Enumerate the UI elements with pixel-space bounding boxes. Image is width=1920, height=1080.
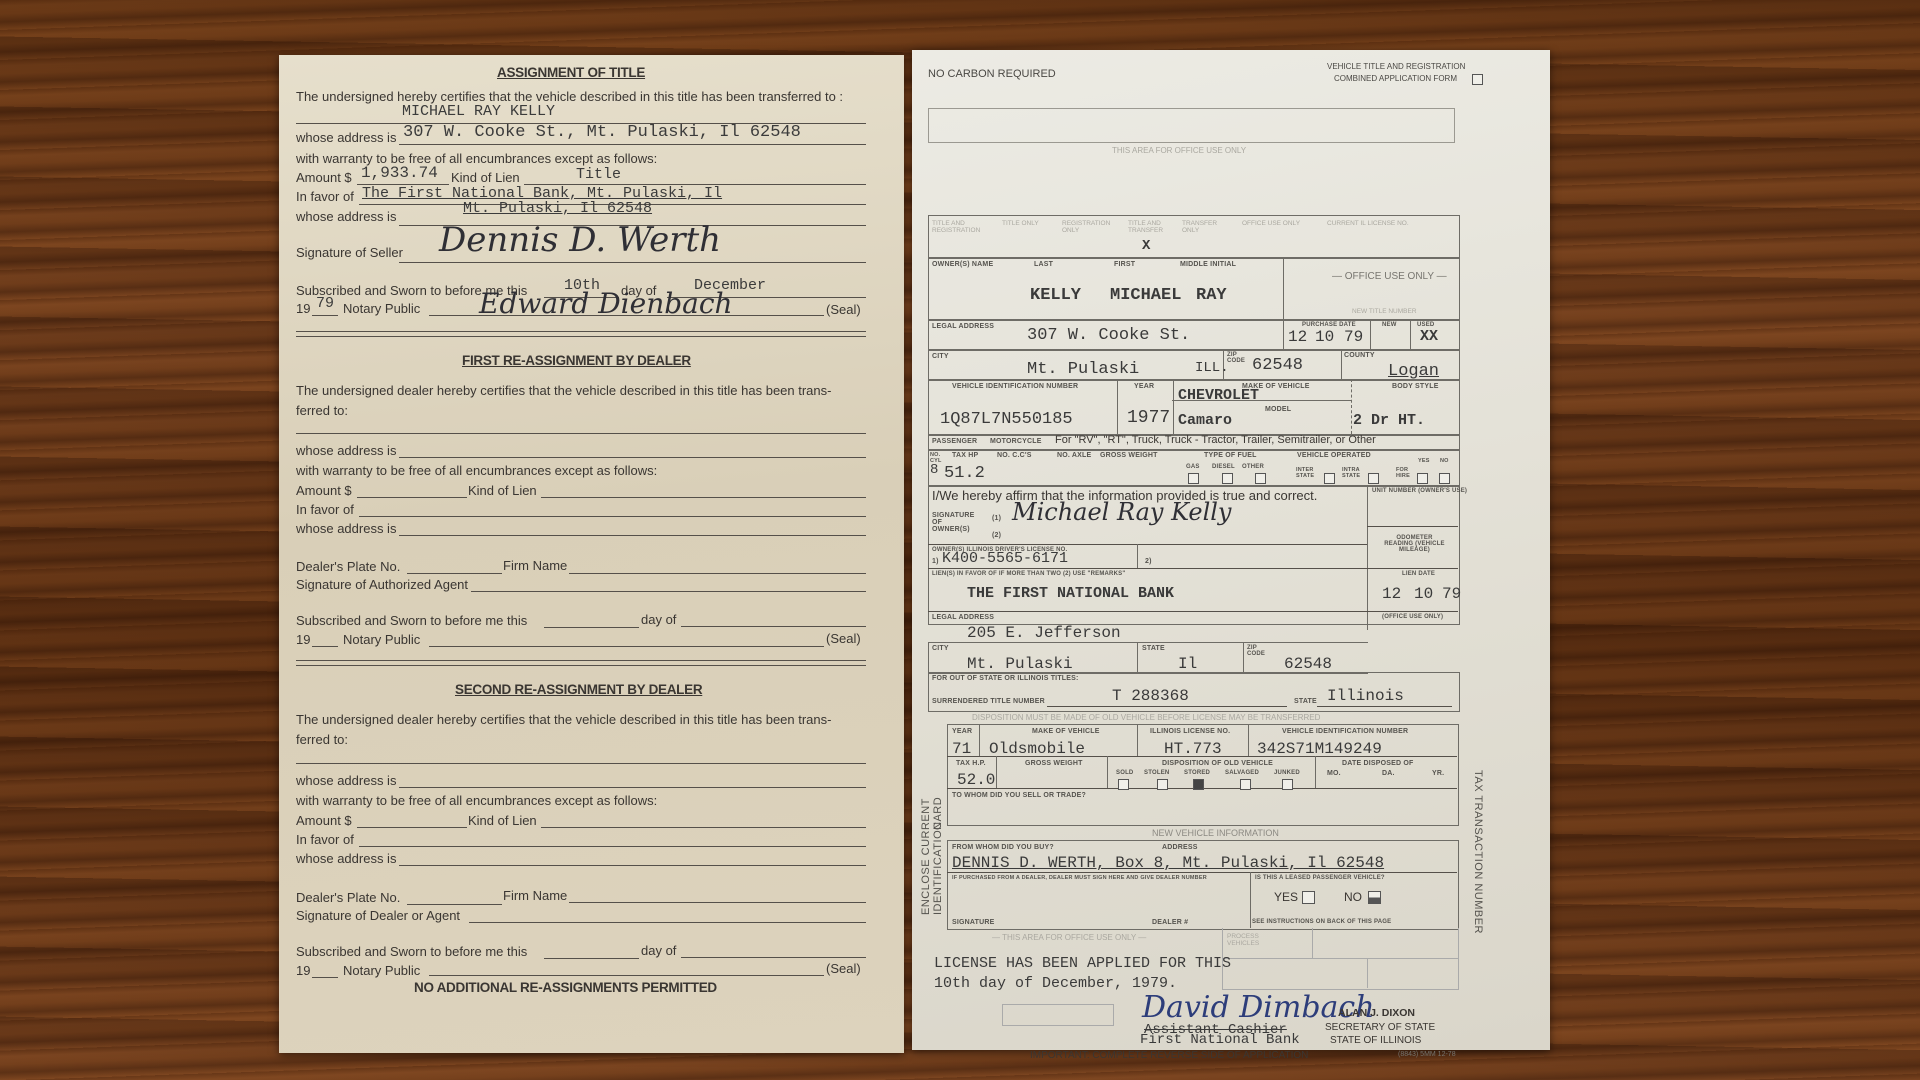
second-notary-field[interactable] bbox=[429, 975, 824, 976]
seller-signature: Dennis D. Werth bbox=[439, 220, 721, 260]
old-vehicle-tax-hp: 52.0 bbox=[957, 771, 995, 789]
first-lien-address-field[interactable] bbox=[399, 535, 866, 536]
second-firm-field[interactable] bbox=[569, 902, 866, 903]
lien-city: Mt. Pulaski bbox=[967, 655, 1073, 673]
leased-yes-checkbox[interactable] bbox=[1302, 891, 1315, 904]
lien-address-label: whose address is bbox=[296, 209, 396, 224]
office-area-label: THIS AREA FOR OFFICE USE ONLY bbox=[1112, 146, 1246, 155]
purchase-month: 12 bbox=[1288, 328, 1307, 346]
first-notary-field[interactable] bbox=[429, 646, 824, 647]
vehicle-vin: 1Q87L7N550185 bbox=[940, 410, 1073, 429]
disposition-label: DISPOSITION OF OLD VEHICLE bbox=[1162, 760, 1273, 767]
owner-signature: Michael Ray Kelly bbox=[1012, 498, 1231, 526]
interstate-label: INTER STATE bbox=[1296, 467, 1322, 479]
first-lien-address-label: whose address is bbox=[296, 521, 396, 536]
leased-vehicle-label: IS THIS A LEASED PASSENGER VEHICLE? bbox=[1255, 875, 1385, 881]
lien-holder-name: THE FIRST NATIONAL BANK bbox=[967, 585, 1174, 602]
lien-city-label: CITY bbox=[932, 645, 949, 652]
no-additional-reassignments: NO ADDITIONAL RE-ASSIGNMENTS PERMITTED bbox=[414, 980, 717, 995]
stored-label: STORED bbox=[1184, 770, 1210, 776]
second-address-field[interactable] bbox=[399, 787, 866, 788]
for-hire-no-checkbox[interactable] bbox=[1439, 473, 1450, 484]
assignment-certify-text: The undersigned hereby certifies that th… bbox=[296, 89, 843, 104]
intrastate-checkbox[interactable] bbox=[1368, 473, 1379, 484]
office-use-top-box bbox=[928, 108, 1455, 143]
fuel-other-label: OTHER bbox=[1242, 464, 1264, 470]
app-type-registration-only: REGISTRATION ONLY bbox=[1062, 220, 1122, 234]
old-vehicle-license: HT.773 bbox=[1164, 740, 1222, 758]
old-tax-hp-label: TAX H.P. bbox=[956, 760, 986, 767]
see-instructions-label: SEE INSTRUCTIONS ON BACK OF THIS PAGE bbox=[1252, 919, 1391, 925]
salvaged-label: SALVAGED bbox=[1225, 770, 1259, 776]
lien-date-label: LIEN DATE bbox=[1402, 571, 1435, 577]
second-plate-label: Dealer's Plate No. bbox=[296, 890, 400, 905]
disposition-notice: DISPOSITION MUST BE MADE OF OLD VEHICLE … bbox=[972, 713, 1320, 722]
old-vehicle-vin: 342S71M149249 bbox=[1257, 740, 1382, 758]
second-certify-text-2: ferred to: bbox=[296, 732, 348, 747]
stolen-checkbox[interactable] bbox=[1157, 779, 1168, 790]
second-seal-label: (Seal) bbox=[826, 961, 861, 976]
first-warranty-text: with warranty to be free of all encumbra… bbox=[296, 463, 657, 478]
bought-from-label: FROM WHOM DID YOU BUY? bbox=[952, 844, 1054, 851]
second-plate-field[interactable] bbox=[407, 904, 502, 905]
secretary-name: ALAN J. DIXON bbox=[1338, 1007, 1415, 1019]
cc-label: NO. C.C'S bbox=[997, 452, 1032, 459]
vin-label: VEHICLE IDENTIFICATION NUMBER bbox=[952, 383, 1078, 390]
lien-in-favor-label: LIEN(S) IN FAVOR OF IF MORE THAN TWO (2)… bbox=[932, 571, 1125, 577]
first-plate-label: Dealer's Plate No. bbox=[296, 559, 400, 574]
license-applied-line-1: LICENSE HAS BEEN APPLIED FOR THIS bbox=[934, 955, 1231, 972]
second-amount-field[interactable] bbox=[357, 827, 467, 828]
app-type-title-transfer: TITLE AND TRANSFER bbox=[1128, 220, 1178, 234]
owner-city-box bbox=[928, 349, 1460, 381]
sold-checkbox[interactable] bbox=[1118, 779, 1129, 790]
dealer-signature-label: SIGNATURE bbox=[952, 919, 995, 926]
sig-2-num: (2) bbox=[992, 532, 1001, 539]
sold-to-label: TO WHOM DID YOU SELL OR TRADE? bbox=[952, 792, 1086, 799]
first-certify-text: The undersigned dealer hereby certifies … bbox=[296, 383, 831, 398]
owner-legal-address: 307 W. Cooke St. bbox=[1027, 326, 1190, 345]
leased-no-checkbox-checked[interactable] bbox=[1368, 891, 1381, 904]
second-year-prefix: 19 bbox=[296, 963, 310, 978]
owner-zip: 62548 bbox=[1252, 356, 1303, 375]
sworn-year: 79 bbox=[316, 295, 334, 312]
warranty-text: with warranty to be free of all encumbra… bbox=[296, 151, 657, 166]
second-year-field[interactable] bbox=[312, 977, 338, 978]
used-mark: XX bbox=[1420, 328, 1438, 345]
favor-label: In favor of bbox=[296, 189, 354, 204]
no-carbon-required: NO CARBON REQUIRED bbox=[928, 68, 1056, 80]
junked-label: JUNKED bbox=[1274, 770, 1300, 776]
county-label: COUNTY bbox=[1344, 352, 1375, 359]
title-application-form: NO CARBON REQUIRED VEHICLE TITLE AND REG… bbox=[912, 50, 1550, 1050]
old-vehicle-year: 71 bbox=[952, 740, 971, 758]
fuel-gas-checkbox[interactable] bbox=[1188, 473, 1199, 484]
second-agent-label: Signature of Dealer or Agent bbox=[296, 908, 460, 923]
fuel-type-label: TYPE OF FUEL bbox=[1204, 452, 1257, 459]
second-reassignment-heading: SECOND RE-ASSIGNMENT BY DEALER bbox=[455, 682, 702, 697]
intrastate-label: INTRA STATE bbox=[1342, 467, 1368, 479]
old-vin-label: VEHICLE IDENTIFICATION NUMBER bbox=[1282, 728, 1408, 735]
first-reassignment-heading: FIRST RE-ASSIGNMENT BY DEALER bbox=[462, 353, 691, 368]
first-certify-text-2: ferred to: bbox=[296, 403, 348, 418]
second-favor-field[interactable] bbox=[359, 846, 866, 847]
old-gross-weight-label: GROSS WEIGHT bbox=[1025, 760, 1083, 767]
lien-day: 10 bbox=[1414, 585, 1433, 603]
second-sworn-label: Subscribed and Sworn to before me this bbox=[296, 944, 527, 959]
seller-signature-label: Signature of Seller bbox=[296, 245, 403, 260]
first-favor-field[interactable] bbox=[359, 516, 866, 517]
app-type-title-only: TITLE ONLY bbox=[1002, 220, 1062, 227]
interstate-checkbox[interactable] bbox=[1324, 473, 1335, 484]
lien-zip-label: ZIP CODE bbox=[1247, 645, 1267, 657]
first-notary-label: Notary Public bbox=[343, 632, 420, 647]
lien-office-use-label: (OFFICE USE ONLY) bbox=[1382, 614, 1443, 620]
lien-state-label: STATE bbox=[1142, 645, 1165, 652]
tax-hp-label: TAX HP bbox=[952, 452, 978, 459]
vehicle-cylinders: 8 bbox=[930, 462, 938, 478]
fuel-gas-label: GAS bbox=[1186, 464, 1200, 470]
middle-label: MIDDLE INITIAL bbox=[1180, 261, 1236, 268]
first-year-prefix: 19 bbox=[296, 632, 310, 647]
for-hire-no-label: NO bbox=[1440, 458, 1449, 464]
card-label: CARD bbox=[932, 790, 944, 830]
legal-address-label: LEGAL ADDRESS bbox=[932, 323, 994, 330]
surrendered-title-label: SURRENDERED TITLE NUMBER bbox=[932, 698, 1045, 705]
first-agent-signature-field[interactable] bbox=[471, 591, 866, 592]
amount-label: Amount $ bbox=[296, 170, 352, 185]
seller-address-label: ADDRESS bbox=[1162, 844, 1198, 851]
date-disposed-label: DATE DISPOSED OF bbox=[1342, 760, 1414, 767]
for-hire-yes-checkbox[interactable] bbox=[1417, 473, 1428, 484]
second-favor-label: In favor of bbox=[296, 832, 354, 847]
process-vehicles-label: PROCESS VEHICLES bbox=[1227, 933, 1267, 947]
year-label: YEAR bbox=[1134, 383, 1154, 390]
second-dayof-label: day of bbox=[641, 943, 676, 958]
fuel-diesel-checkbox[interactable] bbox=[1222, 473, 1233, 484]
unit-number-label: UNIT NUMBER (OWNER'S USE) bbox=[1372, 488, 1467, 494]
first-seal-label: (Seal) bbox=[826, 631, 861, 646]
new-title-number-label: NEW TITLE NUMBER bbox=[1352, 308, 1417, 315]
leased-yes-label: YES bbox=[1274, 890, 1298, 904]
second-sworn-day-field[interactable] bbox=[544, 958, 639, 959]
year-prefix: 19 bbox=[296, 301, 310, 316]
first-sworn-month-field[interactable] bbox=[681, 626, 866, 627]
lien-zip: 62548 bbox=[1284, 655, 1332, 673]
lien-state: Il bbox=[1178, 655, 1197, 673]
app-office-use: OFFICE USE ONLY bbox=[1242, 220, 1300, 227]
first-sworn-day-field[interactable] bbox=[544, 627, 639, 628]
stored-checkbox-checked[interactable] bbox=[1193, 779, 1204, 790]
first-lien-label: Kind of Lien bbox=[468, 483, 537, 498]
tax-transaction-number-label: TAX TRANSACTION NUMBER bbox=[1472, 770, 1484, 940]
office-use-only-label: — OFFICE USE ONLY — bbox=[1332, 271, 1447, 282]
app-type-transfer-only: TRANSFER ONLY bbox=[1182, 220, 1232, 234]
owner-city: Mt. Pulaski bbox=[1027, 360, 1139, 379]
address-label: whose address is bbox=[296, 130, 396, 145]
axle-label: NO. AXLE bbox=[1057, 452, 1091, 459]
salvaged-checkbox[interactable] bbox=[1240, 779, 1251, 790]
old-make-label: MAKE OF VEHICLE bbox=[1032, 728, 1100, 735]
first-firm-field[interactable] bbox=[569, 573, 866, 574]
lien-holder-address: Mt. Pulaski, Il 62548 bbox=[463, 200, 652, 217]
fuel-other-checkbox[interactable] bbox=[1255, 473, 1266, 484]
owner-state: ILL. bbox=[1195, 360, 1229, 376]
owner-last-name: KELLY bbox=[1030, 286, 1081, 305]
purchase-year: 79 bbox=[1344, 328, 1363, 346]
surrendered-state-label: STATE bbox=[1294, 698, 1317, 705]
second-lien-address-label: whose address is bbox=[296, 851, 396, 866]
first-sworn-label: Subscribed and Sworn to before me this bbox=[296, 613, 527, 628]
surrendered-title-number: T 288368 bbox=[1112, 687, 1189, 705]
bottom-office-area-label: — THIS AREA FOR OFFICE USE ONLY — bbox=[992, 933, 1146, 942]
sig-1-num: (1) bbox=[992, 515, 1001, 522]
fuel-diesel-label: DIESEL bbox=[1212, 464, 1235, 470]
junked-checkbox[interactable] bbox=[1282, 779, 1293, 790]
disposed-da-label: DA. bbox=[1382, 770, 1395, 777]
gross-weight-label: GROSS WEIGHT bbox=[1100, 452, 1158, 459]
lien-kind-label: Kind of Lien bbox=[451, 170, 520, 185]
first-plate-field[interactable] bbox=[407, 573, 502, 574]
cashier-bank-name: First National Bank bbox=[1140, 1032, 1300, 1048]
new-vehicle-info-label: NEW VEHICLE INFORMATION bbox=[1152, 828, 1279, 838]
transferee-name: MICHAEL RAY KELLY bbox=[402, 103, 555, 120]
blank-box bbox=[1002, 1004, 1114, 1026]
first-address-label: whose address is bbox=[296, 443, 396, 458]
combined-form-checkbox[interactable] bbox=[1472, 74, 1483, 85]
dl-2-num: 2) bbox=[1145, 558, 1152, 565]
seller-name-address: DENNIS D. WERTH, Box 8, Mt. Pulaski, Il … bbox=[952, 854, 1384, 872]
form-title-line-1: VEHICLE TITLE AND REGISTRATION bbox=[1327, 62, 1465, 71]
purchase-day: 10 bbox=[1315, 328, 1334, 346]
second-agent-signature-field[interactable] bbox=[469, 922, 866, 923]
lien-legal-address-label: LEGAL ADDRESS bbox=[932, 614, 994, 621]
second-firm-label: Firm Name bbox=[503, 888, 567, 903]
owner-signature-label: SIGNATURE OF OWNER(S) bbox=[932, 512, 977, 533]
lien-year: 79 bbox=[1442, 585, 1461, 603]
second-sworn-month-field[interactable] bbox=[681, 957, 866, 958]
vehicle-year: 1977 bbox=[1127, 408, 1170, 428]
first-label: FIRST bbox=[1114, 261, 1135, 268]
owner-first-name: MICHAEL bbox=[1110, 286, 1181, 305]
first-address-field[interactable] bbox=[399, 457, 866, 458]
second-address-label: whose address is bbox=[296, 773, 396, 788]
first-amount-label: Amount $ bbox=[296, 483, 352, 498]
second-lien-label: Kind of Lien bbox=[468, 813, 537, 828]
second-lien-address-field[interactable] bbox=[399, 865, 866, 866]
assignment-heading: ASSIGNMENT OF TITLE bbox=[497, 65, 645, 80]
second-notary-label: Notary Public bbox=[343, 963, 420, 978]
vehicle-model: Camaro bbox=[1178, 412, 1232, 429]
lien-amount: 1,933.74 bbox=[361, 164, 438, 182]
second-lien-field[interactable] bbox=[541, 827, 866, 828]
sold-label: SOLD bbox=[1116, 770, 1133, 776]
old-license-label: ILLINOIS LICENSE NO. bbox=[1150, 728, 1230, 735]
leased-no-label: NO bbox=[1344, 890, 1362, 904]
seal-label: (Seal) bbox=[826, 302, 861, 317]
odometer-label: ODOMETER READING (VEHICLE MILEAGE) bbox=[1382, 535, 1447, 553]
form-code: (8843) 5MM 12-78 bbox=[1398, 1051, 1456, 1058]
dealer-number-label: DEALER # bbox=[1152, 919, 1188, 926]
owner-middle-name: RAY bbox=[1196, 286, 1227, 305]
vehicle-body-style: 2 Dr HT. bbox=[1353, 412, 1425, 429]
vehicle-make: CHEVROLET bbox=[1178, 387, 1259, 404]
disposed-mo-label: MO. bbox=[1327, 770, 1341, 777]
dl-1-num: 1) bbox=[932, 558, 939, 565]
second-amount-label: Amount $ bbox=[296, 813, 352, 828]
surrendered-state: Illinois bbox=[1327, 687, 1404, 705]
body-style-label: BODY STYLE bbox=[1392, 383, 1439, 390]
second-warranty-text: with warranty to be free of all encumbra… bbox=[296, 793, 657, 808]
first-firm-label: Firm Name bbox=[503, 558, 567, 573]
first-lien-field[interactable] bbox=[541, 497, 866, 498]
other-vehicle-label: For "RV", "RT", Truck, Truck - Tractor, … bbox=[1055, 434, 1376, 446]
for-hire-label: FOR HIRE bbox=[1396, 467, 1414, 479]
first-favor-label: In favor of bbox=[296, 502, 354, 517]
lien-legal-address: 205 E. Jefferson bbox=[967, 624, 1121, 642]
lien-kind: Title bbox=[576, 166, 621, 183]
lien-month: 12 bbox=[1382, 585, 1401, 603]
first-amount-field[interactable] bbox=[357, 497, 467, 498]
owner-driver-license: K400-5565-6171 bbox=[942, 550, 1068, 567]
first-dayof-label: day of bbox=[641, 612, 676, 627]
form-title-line-2: COMBINED APPLICATION FORM bbox=[1334, 74, 1457, 83]
old-year-label: YEAR bbox=[952, 728, 972, 735]
last-label: LAST bbox=[1034, 261, 1053, 268]
app-type-title-registration: TITLE AND REGISTRATION bbox=[932, 220, 992, 234]
for-hire-yes-label: YES bbox=[1418, 458, 1430, 464]
owner-name-label: OWNER(S) NAME bbox=[932, 261, 993, 268]
out-of-state-titles-label: FOR OUT OF STATE OR ILLINOIS TITLES: bbox=[932, 675, 1079, 682]
first-year-field[interactable] bbox=[312, 646, 338, 647]
model-label: MODEL bbox=[1265, 406, 1291, 413]
vehicle-operated-label: VEHICLE OPERATED bbox=[1297, 452, 1371, 459]
current-license-label: CURRENT IL LICENSE NO. bbox=[1327, 220, 1409, 227]
second-certify-text: The undersigned dealer hereby certifies … bbox=[296, 712, 831, 727]
first-agent-label: Signature of Authorized Agent bbox=[296, 577, 468, 592]
stolen-label: STOLEN bbox=[1144, 770, 1169, 776]
vehicle-tax-hp: 51.2 bbox=[944, 464, 985, 483]
new-label: NEW bbox=[1382, 322, 1397, 328]
passenger-label: PASSENGER bbox=[932, 438, 977, 445]
title-assignment-page: ASSIGNMENT OF TITLE The undersigned here… bbox=[279, 55, 904, 1053]
dealer-sign-label: IF PURCHASED FROM A DEALER, DEALER MUST … bbox=[952, 875, 1207, 881]
state-of-illinois: STATE OF ILLINOIS bbox=[1330, 1035, 1421, 1046]
notary-label: Notary Public bbox=[343, 301, 420, 316]
zip-label: ZIP CODE bbox=[1227, 352, 1247, 364]
app-type-mark: X bbox=[1142, 238, 1150, 254]
important-notice: IMPORTANT: COMPLETE REVERSE SIDE OF APPL… bbox=[1030, 1050, 1308, 1061]
secretary-title: SECRETARY OF STATE bbox=[1325, 1022, 1435, 1033]
license-applied-line-2: 10th day of December, 1979. bbox=[934, 975, 1177, 992]
disposed-yr-label: YR. bbox=[1432, 770, 1444, 777]
city-label: CITY bbox=[932, 353, 949, 360]
motorcycle-label: MOTORCYCLE bbox=[990, 438, 1042, 445]
transferee-address: 307 W. Cooke St., Mt. Pulaski, Il 62548 bbox=[403, 123, 801, 142]
